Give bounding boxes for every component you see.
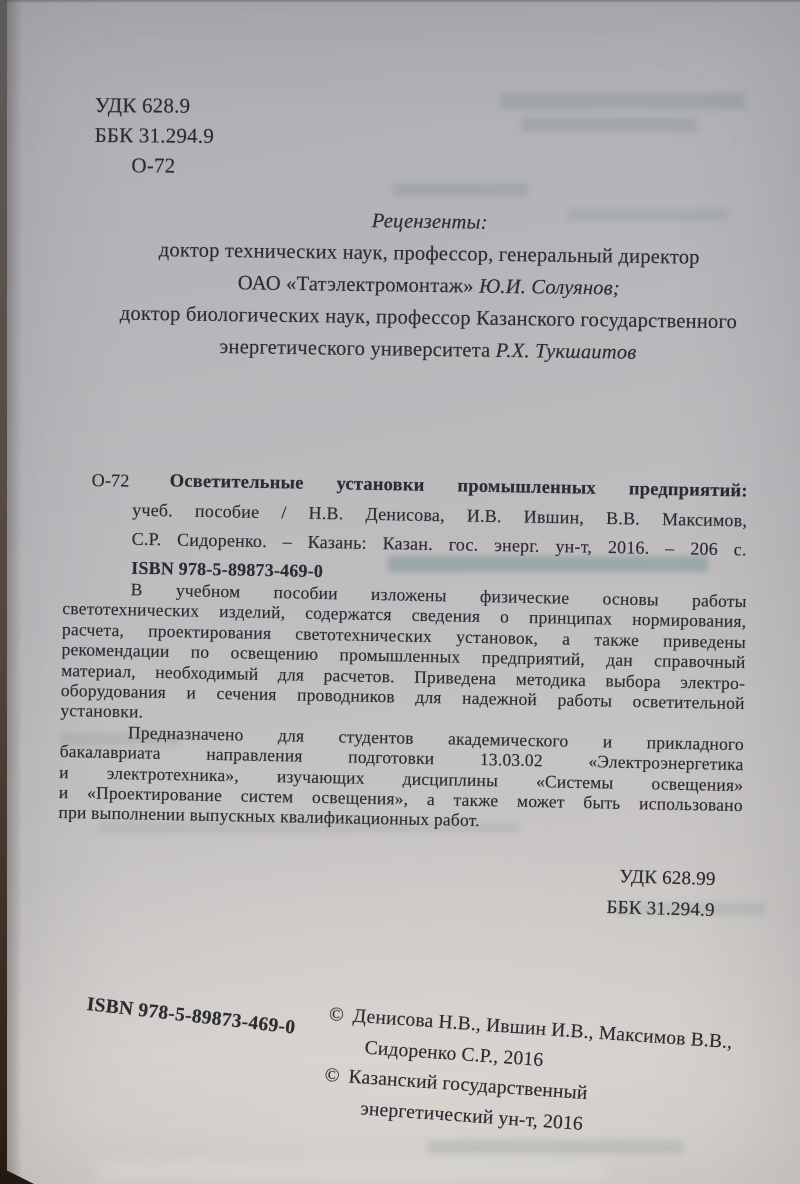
- copyright-icon: ©: [328, 1000, 345, 1031]
- page-bottom-highlight: [96, 1164, 608, 1180]
- reviewers-section: Рецензенты: доктор технических наук, про…: [78, 201, 780, 371]
- author-mark-top: О-72: [94, 150, 213, 181]
- annotation-section: В учебном пособии изложены физические ос…: [58, 578, 747, 836]
- reviewer-name-1: Ю.И. Солуянов;: [479, 276, 620, 300]
- catalog-card: О-72 Осветительные установки промышленны…: [90, 466, 748, 593]
- spine-shadow: [7, 0, 22, 1184]
- classification-codes-bottom: УДК 628.99 ББК 31.294.9: [0, 844, 716, 926]
- isbn-bottom: ISBN 978-5-89873-469-0: [86, 994, 297, 1040]
- book-imprint-page-photo: УДК 628.9 ББК 31.294.9 О-72 Рецензенты: …: [0, 0, 800, 1184]
- bleed-through-ghost: [500, 93, 745, 109]
- bleed-through-ghost: [522, 118, 697, 132]
- page-top-edge: [0, 0, 800, 3]
- classification-codes-top: УДК 628.9 ББК 31.294.9 О-72: [94, 90, 214, 181]
- copyright-block: ©Денисова Н.В., Ившин И.В., Максимов В.В…: [321, 1000, 733, 1150]
- copyright-icon: ©: [324, 1061, 341, 1092]
- udc-code-top: УДК 628.9: [95, 90, 214, 121]
- reviewer-name-2: Р.Х. Тукшаитов: [496, 340, 637, 364]
- reviewer-org: ОАО «Татэлектромонтаж»: [238, 272, 479, 297]
- book-spine-edge: [0, 0, 7, 1184]
- reviewer-org-2: энергетического университета: [219, 336, 495, 362]
- bbk-code-top: ББК 31.294.9: [95, 120, 214, 151]
- bleed-through-ghost: [393, 183, 528, 196]
- book-title: Осветительные установки промышленных пре…: [170, 471, 748, 501]
- author-mark: О-72: [91, 466, 129, 496]
